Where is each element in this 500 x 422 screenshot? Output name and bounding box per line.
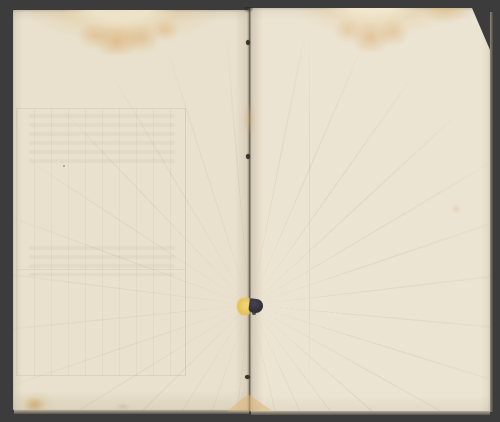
seam-top-notch: [244, 7, 253, 14]
stitch-thread-dot: [246, 154, 250, 159]
ghost-text-showthrough-lower: [29, 246, 175, 276]
page-edge-bottom-right: [251, 411, 490, 415]
faint-fleck-right-page: [451, 204, 461, 214]
seal-remnant-tail: [252, 312, 256, 315]
ghost-text-showthrough-upper: [29, 114, 175, 166]
foxing-stain-top-left: [28, 10, 230, 54]
left-page: [13, 10, 249, 410]
book-scan: [0, 0, 500, 422]
center-seam: [247, 8, 252, 411]
dust-speck: [63, 165, 65, 167]
page-edge-bottom-left: [14, 410, 249, 414]
seal-remnant: [236, 295, 266, 317]
right-page: [251, 8, 490, 412]
stitch-thread-dot: [245, 375, 250, 379]
stain-bottom-left-corner: [15, 394, 57, 410]
stitch-thread-dot: [246, 40, 250, 45]
page-edge-right: [490, 12, 493, 412]
foxing-stain-top-right: [283, 8, 469, 52]
stain-top-right-corner: [416, 8, 472, 32]
vertical-crease-right-page: [309, 28, 310, 398]
smudge-bottom-left-page: [113, 403, 133, 410]
crease-lines-right: [251, 8, 490, 412]
seal-remnant-dark: [248, 298, 264, 314]
